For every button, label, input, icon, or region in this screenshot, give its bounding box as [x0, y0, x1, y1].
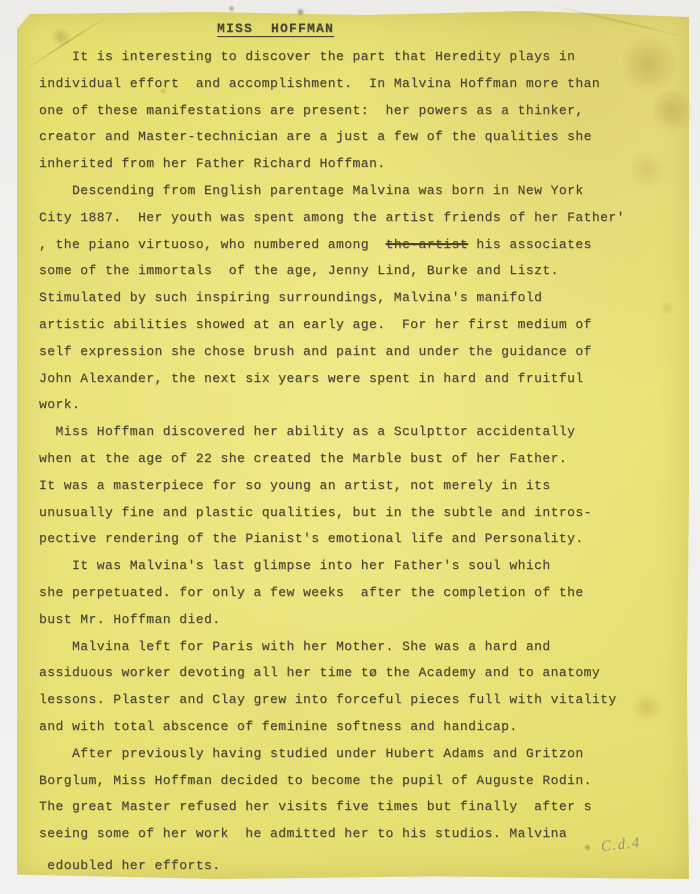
text-line: seeing some of her work he admitted her … — [39, 826, 669, 853]
text-line: assiduous worker devoting all her time t… — [39, 665, 669, 692]
text-line: artistic abilities showed at an early ag… — [39, 317, 669, 344]
text-line: some of the immortals of the age, Jenny … — [39, 263, 669, 290]
text-line: Malvina left for Paris with her Mother. … — [39, 639, 669, 666]
text-line: edoubled her efforts. — [39, 858, 669, 885]
text-line: work. — [39, 397, 669, 424]
strikethrough-text: the-artist — [386, 237, 469, 252]
text-line: It is interesting to discover the part t… — [39, 49, 669, 76]
text-line: After previously having studied under Hu… — [39, 746, 669, 773]
text-line: Miss Hoffman discovered her ability as a… — [39, 424, 669, 451]
text-line: Descending from English parentage Malvin… — [39, 183, 669, 210]
document-content: MISS HOFFMAN It is interesting to discov… — [39, 21, 669, 885]
text-line: bust Mr. Hoffman died. — [39, 612, 669, 639]
text-segment: his associates — [468, 237, 592, 252]
text-line: John Alexander, the next six years were … — [39, 371, 669, 398]
text-line: creator and Master-technician are a just… — [39, 129, 669, 156]
text-line: It was a masterpiece for so young an art… — [39, 478, 669, 505]
text-line-with-strikethrough: , the piano virtuoso, who numbered among… — [39, 237, 669, 264]
text-line: and with total abscence of feminine soft… — [39, 719, 669, 746]
document-title: MISS HOFFMAN — [217, 21, 669, 42]
text-line: one of these manifestations are present:… — [39, 103, 669, 130]
text-line: It was Malvina's last glimpse into her F… — [39, 558, 669, 585]
text-line: when at the age of 22 she created the Ma… — [39, 451, 669, 478]
text-line: The great Master refused her visits five… — [39, 799, 669, 826]
document-body: It is interesting to discover the part t… — [39, 49, 669, 885]
text-line: self expression she chose brush and pain… — [39, 344, 669, 371]
text-segment: , the piano virtuoso, who numbered among — [39, 237, 386, 252]
text-line: unusually fine and plastic qualities, bu… — [39, 505, 669, 532]
text-line: pective rendering of the Pianist's emoti… — [39, 531, 669, 558]
text-line: she perpetuated. for only a few weeks af… — [39, 585, 669, 612]
text-line: individual effort and accomplishment. In… — [39, 76, 669, 103]
text-line: Borglum, Miss Hoffman decided to become … — [39, 773, 669, 800]
text-line: lessons. Plaster and Clay grew into forc… — [39, 692, 669, 719]
text-line: inherited from her Father Richard Hoffma… — [39, 156, 669, 183]
text-line: City 1887. Her youth was spent among the… — [39, 210, 669, 237]
text-line: Stimulated by such inspiring surrounding… — [39, 290, 669, 317]
